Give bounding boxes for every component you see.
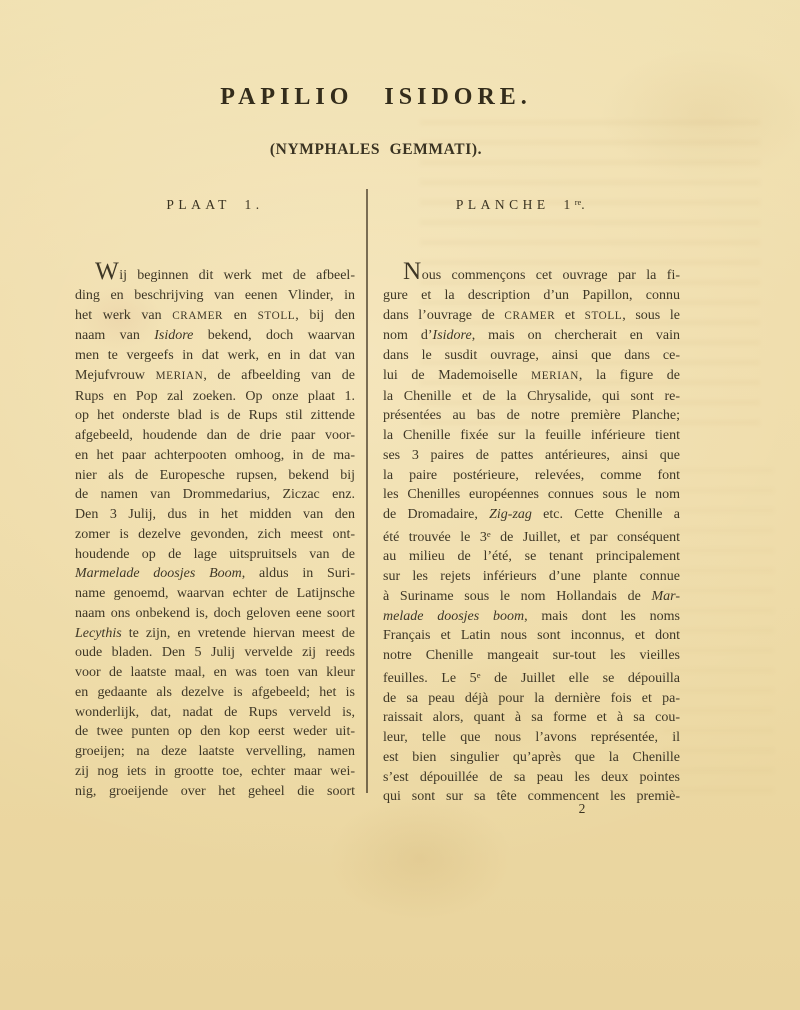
text-segment: de twee punten op den kop eerst weder ui… xyxy=(75,724,355,739)
text-segment: Rups en Pop zal zoeken. Op onze plaat 1. xyxy=(75,389,355,404)
text-segment: naam ons onbekend is, doch geloven eene … xyxy=(75,606,355,621)
text-segment: voor de laatste maal, en was toen van kl… xyxy=(75,665,355,680)
text-segment: de Juillet, et par conséquent xyxy=(491,530,680,545)
text-line: houdende op de lage uitspruitsels van de xyxy=(75,545,355,565)
text-segment: . xyxy=(581,197,589,212)
small-caps-text: CRAMER xyxy=(504,310,555,322)
text-line: de Dromadaire, Zig-zag etc. Cette Chenil… xyxy=(383,505,680,525)
text-line: en gedaante als dezelve is afgebeeld; he… xyxy=(75,683,355,703)
text-line: ses 3 paires de pattes antérieures, ains… xyxy=(383,446,680,466)
text-segment: bekend, doch waarvan xyxy=(193,328,355,343)
text-segment: men te vergeefs in dat werk, en in dat v… xyxy=(75,348,355,363)
text-segment: , mais dont les noms xyxy=(524,609,680,624)
italic-text: Isidore xyxy=(433,328,472,343)
text-line: het werk van CRAMER en STOLL, bij den xyxy=(75,306,355,327)
right-column-header: PLANCHE 1re. xyxy=(380,197,665,213)
text-segment: en gedaante als dezelve is afgebeeld; he… xyxy=(75,685,355,700)
text-line: name genoemd, waarvan echter de Latijnsc… xyxy=(75,584,355,604)
page-title: PAPILIO ISIDORE. xyxy=(0,84,752,111)
text-line: raissait alors, quant à sa forme et à sa… xyxy=(383,708,680,728)
text-segment: naam van xyxy=(75,328,154,343)
text-line: dans l’ouvrage de CRAMER et STOLL, sous … xyxy=(383,306,680,327)
text-line: en het paar achterpooten omhoog, in de m… xyxy=(75,446,355,466)
text-line: lui de Mademoiselle MERIAN, la figure de xyxy=(383,366,680,387)
left-column-text: Wij beginnen dit werk met de afbeel-ding… xyxy=(75,262,355,801)
text-line: op het onderste blad is de Rups stil zit… xyxy=(75,406,355,426)
text-segment: nier als de Europesche rupsen, bekend bi… xyxy=(75,468,355,483)
text-segment: notre Chenille mangeait sur-tout les vie… xyxy=(383,648,680,663)
text-line: naam van Isidore bekend, doch waarvan xyxy=(75,326,355,346)
text-line: dans le susdit ouvrage, ainsi que dans c… xyxy=(383,346,680,366)
text-line: voor de laatste maal, en was toen van kl… xyxy=(75,663,355,683)
text-segment: , aldus in Suri- xyxy=(242,566,355,581)
text-line: zomer is dezelve gevonden, zich meest on… xyxy=(75,525,355,545)
text-segment: , de afbeelding van de xyxy=(203,368,355,383)
text-segment: s’est dépouillée de sa peau les deux poi… xyxy=(383,770,680,785)
text-line: été trouvée le 3e de Juillet, et par con… xyxy=(383,525,680,548)
text-line: Marmelade doosjes Boom, aldus in Suri- xyxy=(75,564,355,584)
text-segment: à Suriname sous le nom Hollandais de xyxy=(383,589,652,604)
small-caps-text: CRAMER xyxy=(172,310,223,322)
text-segment: groeijen; na deze laatste vervelling, na… xyxy=(75,744,355,759)
text-segment: , mais on chercherait en vain xyxy=(472,328,680,343)
text-segment: la Chenille fixée sur la feuille inférie… xyxy=(383,428,680,443)
text-segment: nom d’ xyxy=(383,328,433,343)
text-segment: été trouvée le 3 xyxy=(383,530,487,545)
text-segment: les Chenilles européennes connues sous l… xyxy=(383,487,680,502)
text-segment: gure et la description d’un Papillon, co… xyxy=(383,288,680,303)
small-caps-text: MERIAN xyxy=(156,370,204,382)
text-line: Wij beginnen dit werk met de afbeel- xyxy=(75,262,355,286)
text-line: afgebeeld, houdende dan de drie paar voo… xyxy=(75,426,355,446)
text-segment: nig, groeijende over het geheel die soor… xyxy=(75,784,355,799)
text-segment: oude bladen. Den 5 Julij vervelde zij re… xyxy=(75,645,355,660)
small-caps-text: STOLL xyxy=(258,310,296,322)
text-segment: Mejufvrouw xyxy=(75,368,156,383)
text-line: au milieu de l’été, se tenant principale… xyxy=(383,547,680,567)
text-segment: feuilles. Le 5 xyxy=(383,671,477,686)
text-segment: raissait alors, quant à sa forme et à sa… xyxy=(383,710,680,725)
text-segment: est bien singulier qu’après que la Cheni… xyxy=(383,750,680,765)
text-segment: etc. Cette Chenille a xyxy=(532,507,680,522)
text-line: zij nog iets in grootte toe, echter maar… xyxy=(75,762,355,782)
text-segment: wonderlijk, dat, nadat de Rups verveld i… xyxy=(75,705,355,720)
text-segment: de namen van Drommedarius, Ziczac enz. xyxy=(75,487,355,502)
text-line: Mejufvrouw MERIAN, de afbeelding van de xyxy=(75,366,355,387)
text-segment: sur les rejets inférieurs d’une plante c… xyxy=(383,569,680,584)
text-line: wonderlijk, dat, nadat de Rups verveld i… xyxy=(75,703,355,723)
text-line: leur, telle que nous l’avons représentée… xyxy=(383,728,680,748)
text-segment: qui sont sur sa tête commencent les prem… xyxy=(383,789,680,804)
text-line: ding en beschrijving van eenen Vlinder, … xyxy=(75,286,355,306)
book-page: PAPILIO ISIDORE. (NYMPHALES GEMMATI). PL… xyxy=(0,0,800,1010)
text-segment: name genoemd, waarvan echter de Latijnsc… xyxy=(75,586,355,601)
text-segment: présentées au bas de notre première Plan… xyxy=(383,408,680,423)
small-caps-text: MERIAN xyxy=(531,370,579,382)
italic-text: melade doosjes boom xyxy=(383,609,524,624)
italic-text: Marmelade doosjes Boom xyxy=(75,566,242,581)
text-line: de namen van Drommedarius, Ziczac enz. xyxy=(75,485,355,505)
text-line: qui sont sur sa tête commencent les prem… xyxy=(383,787,680,807)
text-line: sur les rejets inférieurs d’une plante c… xyxy=(383,567,680,587)
text-segment: au milieu de l’été, se tenant principale… xyxy=(383,549,680,564)
text-segment: dans le susdit ouvrage, ainsi que dans c… xyxy=(383,348,680,363)
text-line: notre Chenille mangeait sur-tout les vie… xyxy=(383,646,680,666)
text-segment: het werk van xyxy=(75,308,172,323)
text-line: Nous commençons cet ouvrage par la fi- xyxy=(383,262,680,286)
text-line: à Suriname sous le nom Hollandais de Mar… xyxy=(383,587,680,607)
text-line: de twee punten op den kop eerst weder ui… xyxy=(75,722,355,742)
text-line: de sa peau déjà pour la dernière fois et… xyxy=(383,689,680,709)
italic-text: Isidore xyxy=(154,328,193,343)
small-caps-text: STOLL xyxy=(585,310,623,322)
text-line: les Chenilles européennes connues sous l… xyxy=(383,485,680,505)
text-segment: zij nog iets in grootte toe, echter maar… xyxy=(75,764,355,779)
text-line: nom d’Isidore, mais on chercherait en va… xyxy=(383,326,680,346)
text-line: Français et Latin nous sont inconnus, et… xyxy=(383,626,680,646)
text-segment: et xyxy=(555,308,584,323)
italic-text: Mar- xyxy=(652,589,681,604)
text-line: Den 3 Julij, dus in het midden van den xyxy=(75,505,355,525)
text-segment: la Chenille et de la Chrysalide, qui son… xyxy=(383,389,680,404)
text-segment: afgebeeld, houdende dan de drie paar voo… xyxy=(75,428,355,443)
page-number: 2 xyxy=(560,801,604,817)
drop-cap: W xyxy=(95,258,119,285)
right-column-text: Nous commençons cet ouvrage par la fi-gu… xyxy=(383,262,680,807)
italic-text: Zig-zag xyxy=(489,507,532,522)
text-line: la paire postérieure, relevées, comme fo… xyxy=(383,466,680,486)
text-segment: lui de Mademoiselle xyxy=(383,368,531,383)
text-segment: ij beginnen dit werk met de afbeel- xyxy=(119,268,355,283)
text-segment: , bij den xyxy=(295,308,355,323)
text-line: nier als de Europesche rupsen, bekend bi… xyxy=(75,466,355,486)
text-segment: ses 3 paires de pattes antérieures, ains… xyxy=(383,448,680,463)
text-line: la Chenille fixée sur la feuille inférie… xyxy=(383,426,680,446)
drop-cap: N xyxy=(403,258,422,285)
text-segment: en xyxy=(223,308,258,323)
text-segment: Den 3 Julij, dus in het midden van den xyxy=(75,507,355,522)
page-subtitle: (NYMPHALES GEMMATI). xyxy=(0,141,752,159)
text-line: est bien singulier qu’après que la Cheni… xyxy=(383,748,680,768)
text-segment: de Dromadaire, xyxy=(383,507,489,522)
text-line: Rups en Pop zal zoeken. Op onze plaat 1. xyxy=(75,387,355,407)
text-segment: te zijn, en vretende hiervan meest de xyxy=(122,626,355,641)
column-divider xyxy=(366,189,368,793)
text-segment: houdende op de lage uitspruitsels van de xyxy=(75,547,355,562)
text-line: men te vergeefs in dat werk, en in dat v… xyxy=(75,346,355,366)
italic-text: Lecythis xyxy=(75,626,122,641)
text-segment: zomer is dezelve gevonden, zich meest on… xyxy=(75,527,355,542)
text-segment: ous commençons cet ouvrage par la fi- xyxy=(422,268,680,283)
text-line: s’est dépouillée de sa peau les deux poi… xyxy=(383,768,680,788)
text-segment: dans l’ouvrage de xyxy=(383,308,504,323)
text-segment: , la figure de xyxy=(579,368,680,383)
text-line: naam ons onbekend is, doch geloven eene … xyxy=(75,604,355,624)
text-line: la Chenille et de la Chrysalide, qui son… xyxy=(383,387,680,407)
text-line: présentées au bas de notre première Plan… xyxy=(383,406,680,426)
text-segment: de Juillet elle se dépouilla xyxy=(481,671,680,686)
text-line: groeijen; na deze laatste vervelling, na… xyxy=(75,742,355,762)
text-line: Lecythis te zijn, en vretende hiervan me… xyxy=(75,624,355,644)
text-line: oude bladen. Den 5 Julij vervelde zij re… xyxy=(75,643,355,663)
text-segment: ding en beschrijving van eenen Vlinder, … xyxy=(75,288,355,303)
text-line: gure et la description d’un Papillon, co… xyxy=(383,286,680,306)
text-segment: Français et Latin nous sont inconnus, et… xyxy=(383,628,680,643)
text-segment: PLANCHE 1 xyxy=(456,197,575,212)
text-segment: , sous le xyxy=(622,308,680,323)
text-segment: de sa peau déjà pour la dernière fois et… xyxy=(383,691,680,706)
text-segment: op het onderste blad is de Rups stil zit… xyxy=(75,408,355,423)
text-line: feuilles. Le 5e de Juillet elle se dépou… xyxy=(383,666,680,689)
left-column-header: PLAAT 1. xyxy=(75,197,355,213)
text-line: melade doosjes boom, mais dont les noms xyxy=(383,607,680,627)
text-segment: en het paar achterpooten omhoog, in de m… xyxy=(75,448,355,463)
text-line: nig, groeijende over het geheel die soor… xyxy=(75,782,355,802)
text-segment: PLAAT 1. xyxy=(166,197,263,212)
text-segment: leur, telle que nous l’avons représentée… xyxy=(383,730,680,745)
text-segment: la paire postérieure, relevées, comme fo… xyxy=(383,468,680,483)
